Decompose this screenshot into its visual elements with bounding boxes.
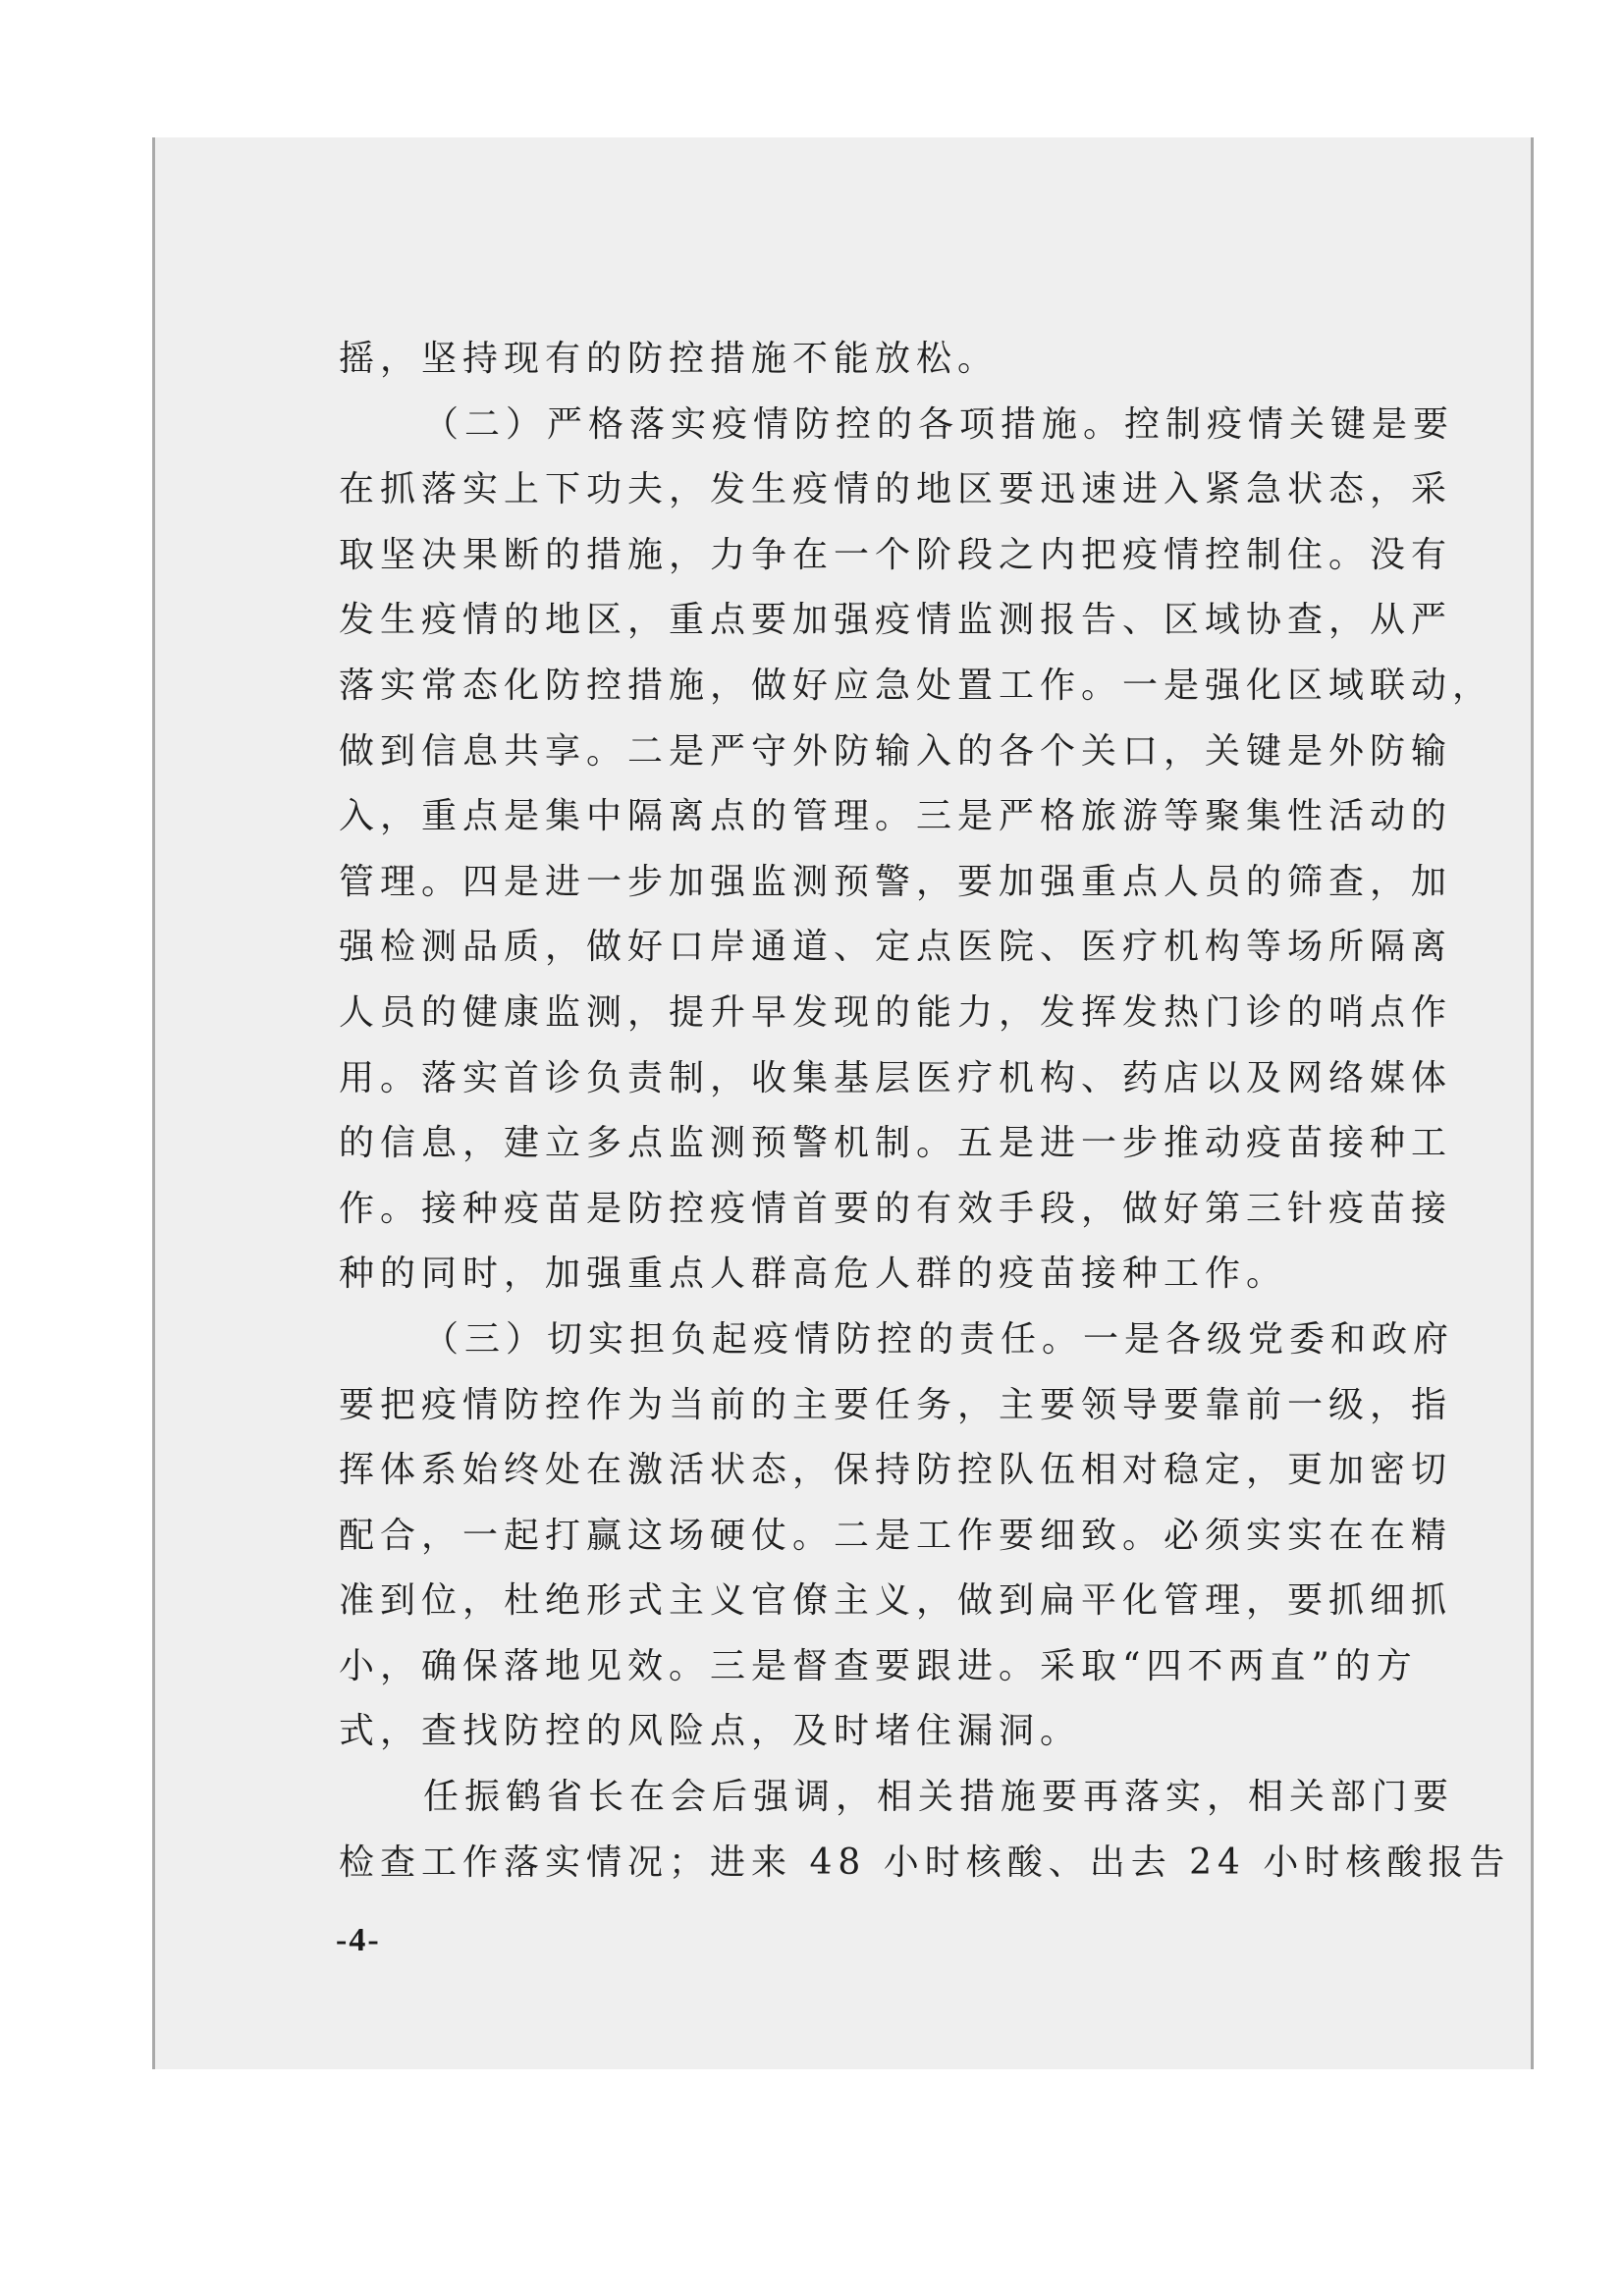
text-line: 入，重点是集中隔离点的管理。三是严格旅游等聚集性活动的 [339,795,1365,861]
text-line: 落实常态化防控措施，做好应急处置工作。一是强化区域联动， [339,665,1365,730]
text-line: 取坚决果断的措施，力争在一个阶段之内把疫情控制住。没有 [339,534,1365,600]
text-line: 人员的健康监测，提升早发现的能力，发挥发热门诊的哨点作 [339,991,1365,1057]
text-line: 要把疫情防控作为当前的主要任务，主要领导要靠前一级，指 [339,1384,1365,1450]
text-line: 作。接种疫苗是防控疫情首要的有效手段，做好第三针疫苗接 [339,1188,1365,1254]
document-body: 摇，坚持现有的防控措施不能放松。 （二）严格落实疫情防控的各项措施。控制疫情关键… [339,338,1365,1906]
text-line: 摇，坚持现有的防控措施不能放松。 [339,338,1365,403]
text-line: 做到信息共享。二是严守外防输入的各个关口，关键是外防输 [339,730,1365,796]
text-line: 准到位，杜绝形式主义官僚主义，做到扁平化管理，要抓细抓 [339,1579,1365,1645]
text-line: 配合，一起打赢这场硬仗。二是工作要细致。必须实实在在精 [339,1515,1365,1580]
text-line: 的信息，建立多点监测预警机制。五是进一步推动疫苗接种工 [339,1122,1365,1188]
text-line: 管理。四是进一步加强监测预警，要加强重点人员的筛查，加 [339,861,1365,927]
text-line: 式，查找防控的风险点，及时堵住漏洞。 [339,1710,1365,1776]
paragraph-start: 任振鹤省长在会后强调，相关措施要再落实，相关部门要 [339,1776,1365,1842]
page-number: -4- [336,1922,381,1959]
text-line: 种的同时，加强重点人群高危人群的疫苗接种工作。 [339,1253,1365,1318]
text-line: 在抓落实上下功夫，发生疫情的地区要迅速进入紧急状态，采 [339,468,1365,534]
text-line: 检查工作落实情况；进来 48 小时核酸、出去 24 小时核酸报告 [339,1842,1365,1907]
text-line: 用。落实首诊负责制，收集基层医疗机构、药店以及网络媒体 [339,1057,1365,1123]
text-line: 挥体系始终处在激活状态，保持防控队伍相对稳定，更加密切 [339,1449,1365,1515]
text-line: 强检测品质，做好口岸通道、定点医院、医疗机构等场所隔离 [339,926,1365,991]
text-line: 小，确保落地见效。三是督查要跟进。采取“四不两直”的方 [339,1645,1365,1711]
section-heading-2: （二）严格落实疫情防控的各项措施。控制疫情关键是要 [339,403,1365,469]
text-line: 发生疫情的地区，重点要加强疫情监测报告、区域协查，从严 [339,599,1365,665]
section-heading-3: （三）切实担负起疫情防控的责任。一是各级党委和政府 [339,1318,1365,1384]
